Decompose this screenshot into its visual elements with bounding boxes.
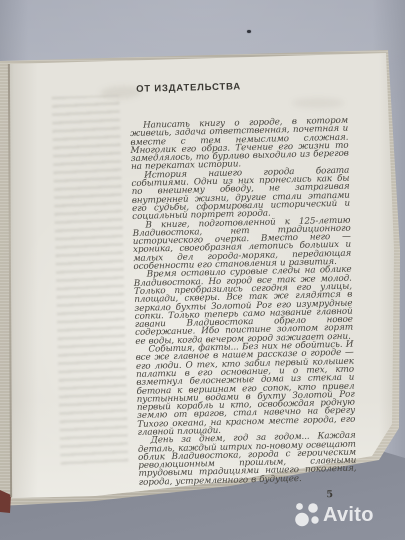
paragraph: Время оставило суровые следы на облике В… [134, 266, 354, 346]
book-photo: ОТ ИЗДАТЕЛЬСТВА Написать книгу о городе,… [0, 0, 405, 540]
reverse-side-text-show-through [52, 95, 129, 465]
dust-speck [247, 30, 251, 33]
avito-watermark: Avito [291, 501, 374, 528]
paragraph: Написать книгу о городе, в котором живеш… [130, 117, 349, 172]
avito-logo-icon [291, 501, 321, 528]
avito-watermark-label: Avito [323, 505, 374, 525]
paragraph: События, факты... Без них не обойтись. И… [135, 341, 355, 438]
paragraph: День за днем, год за годом... Каждая дет… [138, 432, 357, 487]
paragraph: История нашего города богата событиями. … [131, 166, 350, 221]
paragraph: В книге, подготовленной к 125-летию Влад… [132, 216, 351, 271]
page-text-block: ОТ ИЗДАТЕЛЬСТВА Написать книгу о городе,… [129, 79, 357, 505]
body-text: Написать книгу о городе, в котором живеш… [130, 117, 357, 487]
